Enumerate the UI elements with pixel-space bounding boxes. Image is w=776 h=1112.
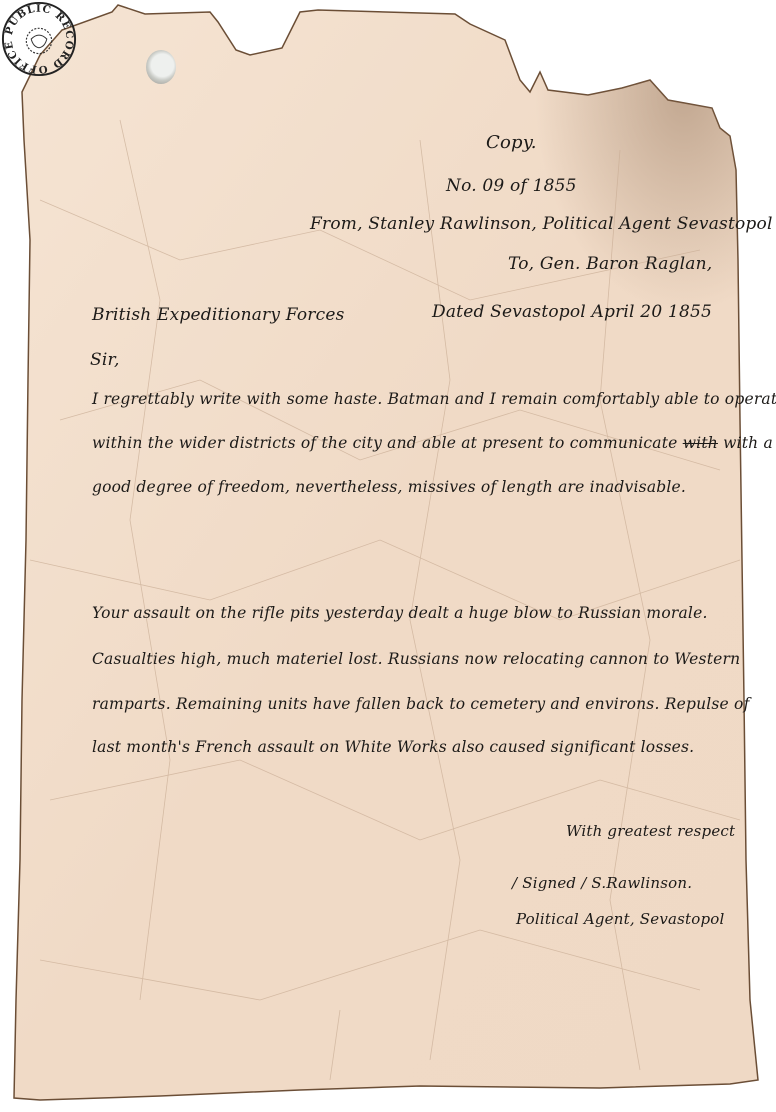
- signature: / Signed / S.Rawlinson.: [512, 874, 692, 892]
- to-organization: British Expeditionary Forces: [92, 305, 345, 325]
- paragraph-1-line-1: I regrettably write with some haste. Bat…: [92, 390, 776, 408]
- signatory-title: Political Agent, Sevastopol: [516, 910, 725, 928]
- paragraph-2-line-2: Casualties high, much materiel lost. Rus…: [92, 650, 740, 668]
- paragraph-2-line-3: ramparts. Remaining units have fallen ba…: [92, 695, 750, 713]
- valediction: With greatest respect: [566, 822, 735, 840]
- salutation: Sir,: [90, 350, 120, 370]
- to-line: To, Gen. Baron Raglan,: [508, 254, 712, 274]
- paragraph-2-line-4: last month's French assault on White Wor…: [92, 738, 694, 756]
- paragraph-1-line-2: within the wider districts of the city a…: [92, 434, 773, 452]
- dated-line: Dated Sevastopol April 20 1855: [432, 302, 712, 322]
- letter-page: Copy. No. 09 of 1855 From, Stanley Rawli…: [0, 0, 776, 1112]
- punch-hole: [146, 50, 176, 84]
- letter-number: No. 09 of 1855: [446, 176, 577, 196]
- paragraph-1-line-2-tail: with a: [718, 434, 773, 452]
- struck-word: with: [683, 434, 718, 452]
- public-record-office-stamp: PUBLIC RECORD OFFICE: [0, 0, 78, 78]
- paragraph-1-line-2-text: within the wider districts of the city a…: [92, 434, 678, 452]
- paragraph-2-line-1: Your assault on the rifle pits yesterday…: [92, 604, 708, 622]
- paper-background: [0, 0, 776, 1112]
- copy-label: Copy.: [486, 132, 537, 153]
- paragraph-1-line-3: good degree of freedom, nevertheless, mi…: [92, 478, 686, 496]
- from-line: From, Stanley Rawlinson, Political Agent…: [310, 214, 773, 234]
